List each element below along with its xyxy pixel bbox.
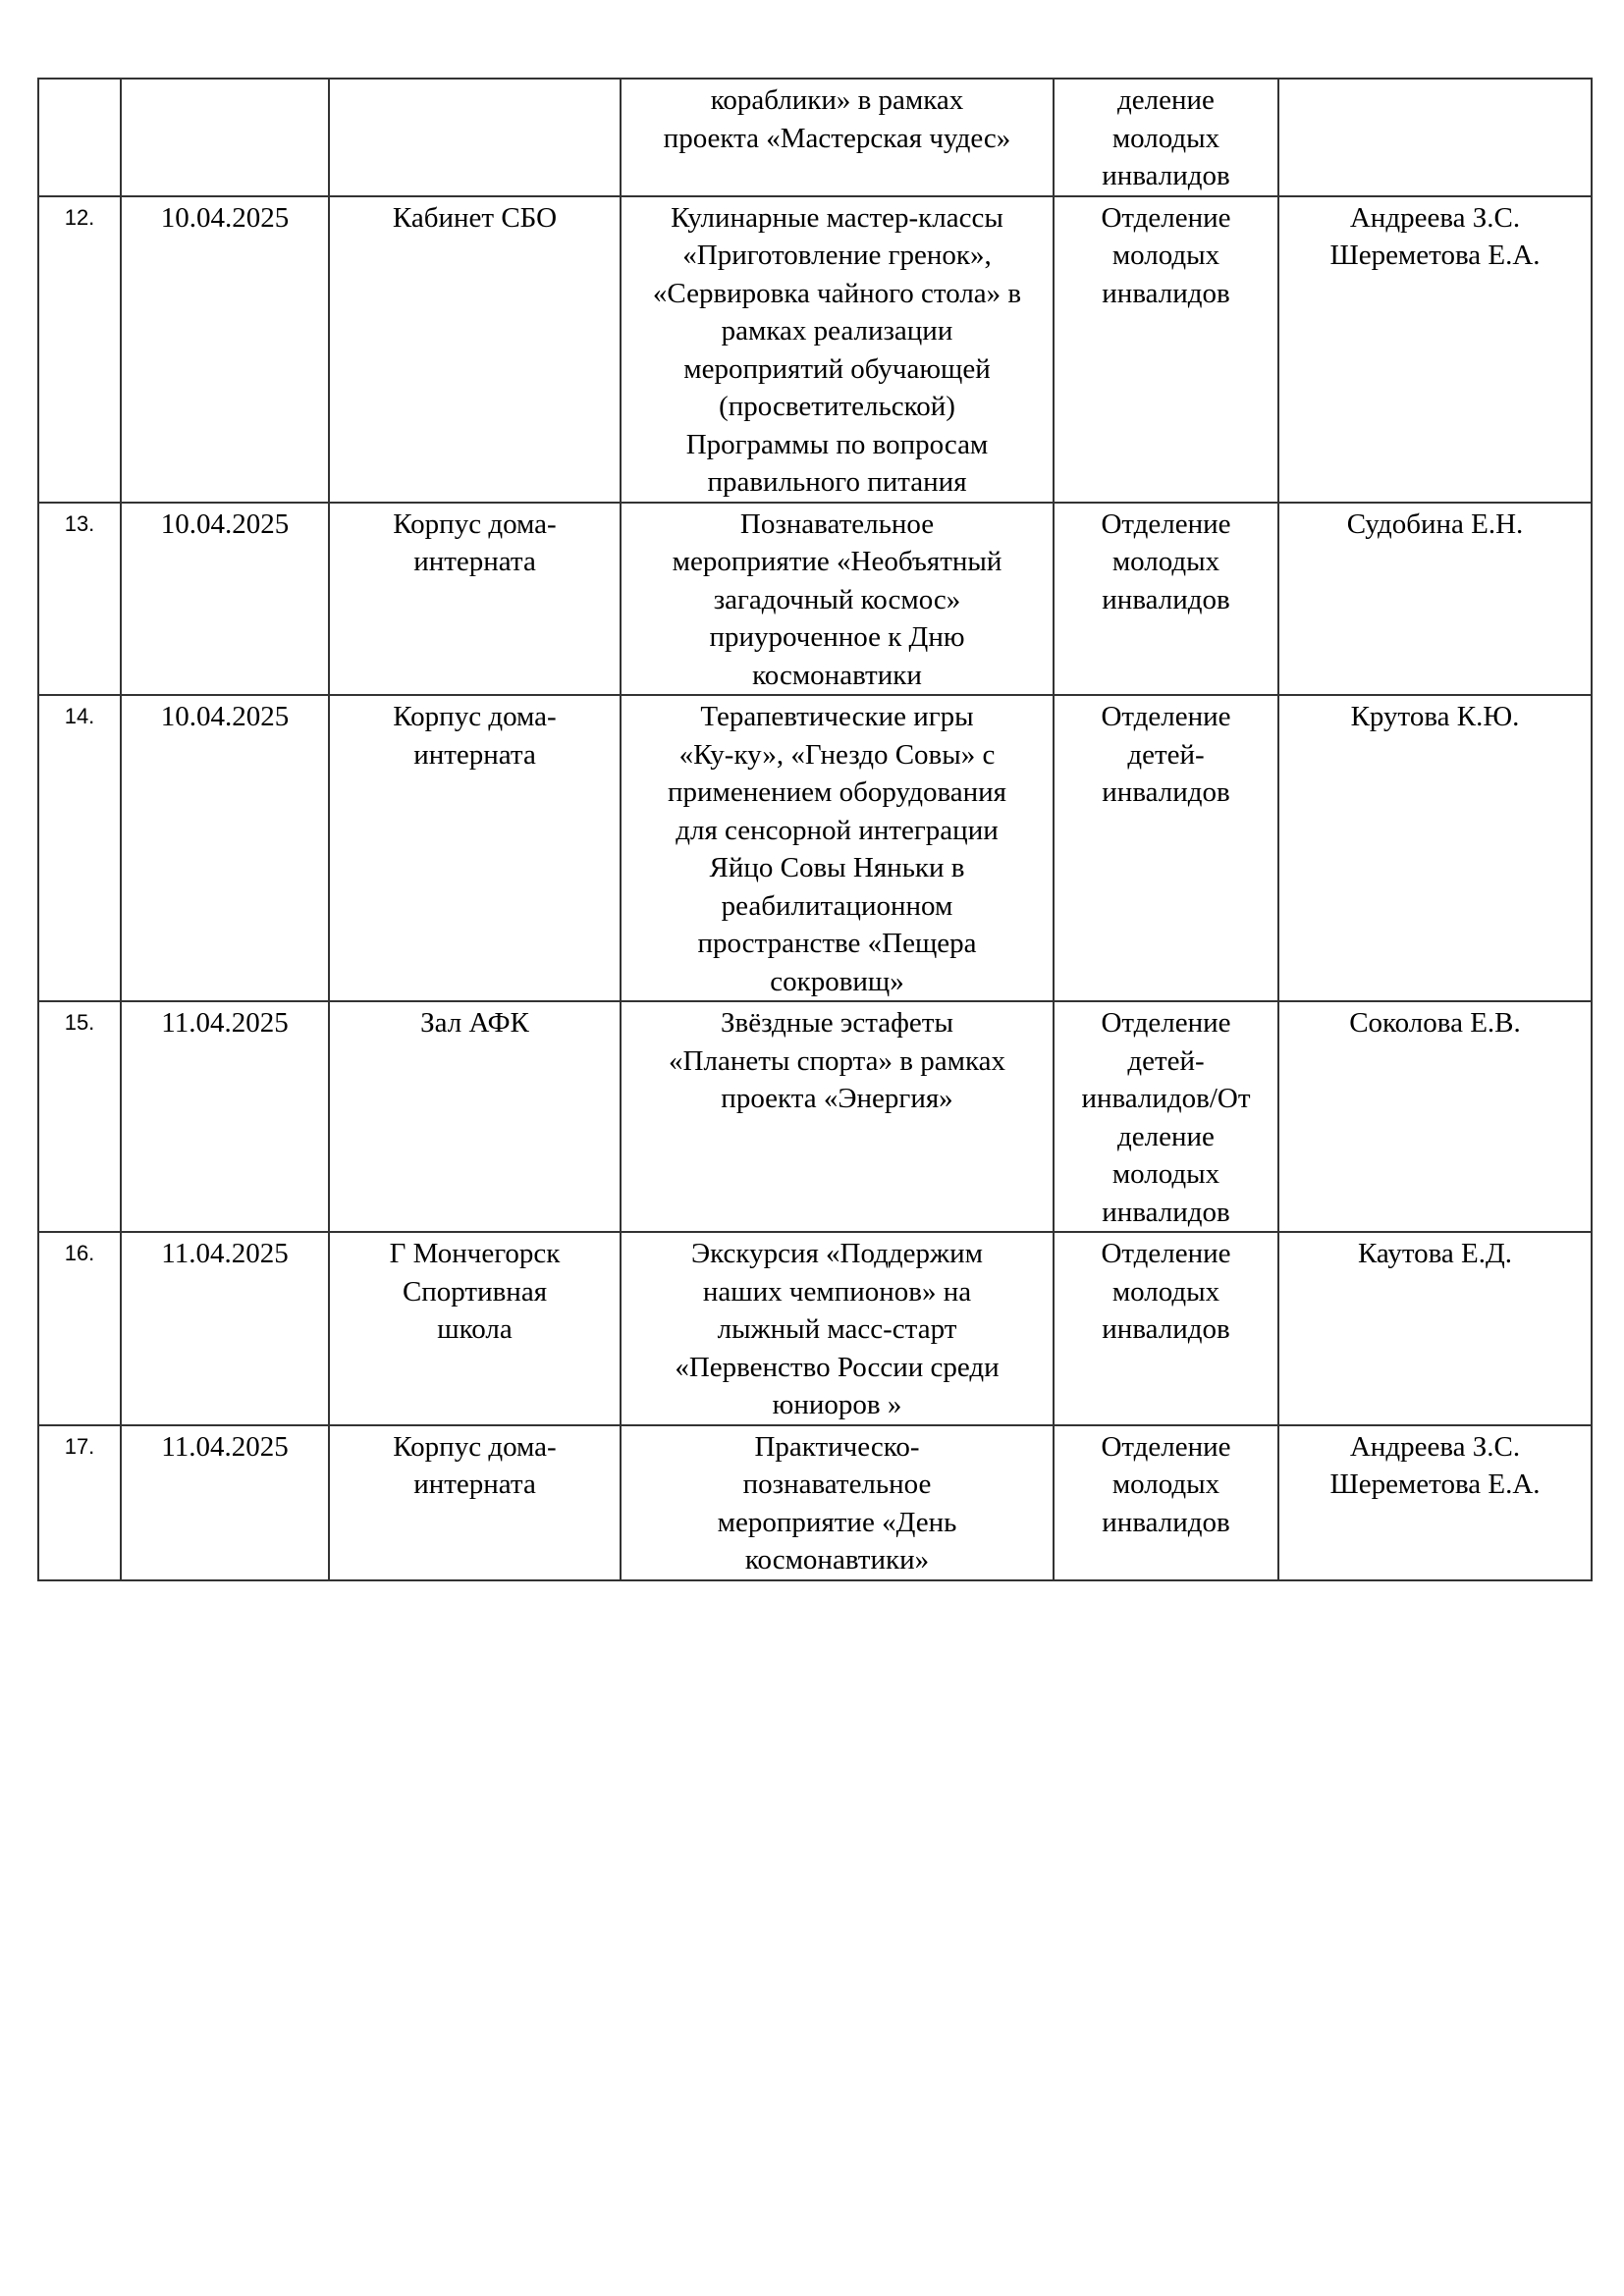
- row-number-cell: [38, 79, 121, 196]
- row-number-cell: 14.: [38, 695, 121, 1001]
- events-schedule-table: кораблики» в рамках проекта «Мастерская …: [37, 78, 1593, 1581]
- date-cell: 11.04.2025: [121, 1425, 329, 1580]
- place-cell: Г Мончегорск Спортивная школа: [329, 1232, 621, 1425]
- responsible-cell: [1278, 79, 1592, 196]
- place-cell: Зал АФК: [329, 1001, 621, 1232]
- place-cell: Корпус дома- интерната: [329, 695, 621, 1001]
- table-row: 17. 11.04.2025 Корпус дома- интерната Пр…: [38, 1425, 1592, 1580]
- date-cell: 11.04.2025: [121, 1232, 329, 1425]
- place-cell: Кабинет СБО: [329, 196, 621, 503]
- event-cell: Звёздные эстафеты «Планеты спорта» в рам…: [621, 1001, 1054, 1232]
- table-row: 16. 11.04.2025 Г Мончегорск Спортивная ш…: [38, 1232, 1592, 1425]
- row-number-cell: 16.: [38, 1232, 121, 1425]
- department-cell: Отделение детей- инвалидов/От деление мо…: [1054, 1001, 1278, 1232]
- table-row: 14. 10.04.2025 Корпус дома- интерната Те…: [38, 695, 1592, 1001]
- responsible-cell: Соколова Е.В.: [1278, 1001, 1592, 1232]
- event-cell: Познавательное мероприятие «Необъятный з…: [621, 503, 1054, 696]
- table-row: 12. 10.04.2025 Кабинет СБО Кулинарные ма…: [38, 196, 1592, 503]
- department-cell: деление молодых инвалидов: [1054, 79, 1278, 196]
- department-cell: Отделение детей- инвалидов: [1054, 695, 1278, 1001]
- document-page: кораблики» в рамках проекта «Мастерская …: [0, 0, 1624, 2296]
- place-cell: Корпус дома- интерната: [329, 503, 621, 696]
- date-cell: 10.04.2025: [121, 695, 329, 1001]
- date-cell: 10.04.2025: [121, 196, 329, 503]
- place-cell: Корпус дома- интерната: [329, 1425, 621, 1580]
- row-number-cell: 17.: [38, 1425, 121, 1580]
- row-number-cell: 15.: [38, 1001, 121, 1232]
- table-row: 15. 11.04.2025 Зал АФК Звёздные эстафеты…: [38, 1001, 1592, 1232]
- responsible-cell: Каутова Е.Д.: [1278, 1232, 1592, 1425]
- table-row: 13. 10.04.2025 Корпус дома- интерната По…: [38, 503, 1592, 696]
- department-cell: Отделение молодых инвалидов: [1054, 196, 1278, 503]
- event-cell: Кулинарные мастер-классы «Приготовление …: [621, 196, 1054, 503]
- responsible-cell: Крутова К.Ю.: [1278, 695, 1592, 1001]
- event-cell: Экскурсия «Поддержим наших чемпионов» на…: [621, 1232, 1054, 1425]
- place-cell: [329, 79, 621, 196]
- department-cell: Отделение молодых инвалидов: [1054, 1425, 1278, 1580]
- responsible-cell: Андреева З.С. Шереметова Е.А.: [1278, 1425, 1592, 1580]
- department-cell: Отделение молодых инвалидов: [1054, 1232, 1278, 1425]
- date-cell: 11.04.2025: [121, 1001, 329, 1232]
- row-number-cell: 12.: [38, 196, 121, 503]
- date-cell: 10.04.2025: [121, 503, 329, 696]
- row-number-cell: 13.: [38, 503, 121, 696]
- event-cell: Терапевтические игры «Ку-ку», «Гнездо Со…: [621, 695, 1054, 1001]
- event-cell: Практическо- познавательное мероприятие …: [621, 1425, 1054, 1580]
- responsible-cell: Судобина Е.Н.: [1278, 503, 1592, 696]
- table-row-continued: кораблики» в рамках проекта «Мастерская …: [38, 79, 1592, 196]
- department-cell: Отделение молодых инвалидов: [1054, 503, 1278, 696]
- date-cell: [121, 79, 329, 196]
- event-cell: кораблики» в рамках проекта «Мастерская …: [621, 79, 1054, 196]
- responsible-cell: Андреева З.С. Шереметова Е.А.: [1278, 196, 1592, 503]
